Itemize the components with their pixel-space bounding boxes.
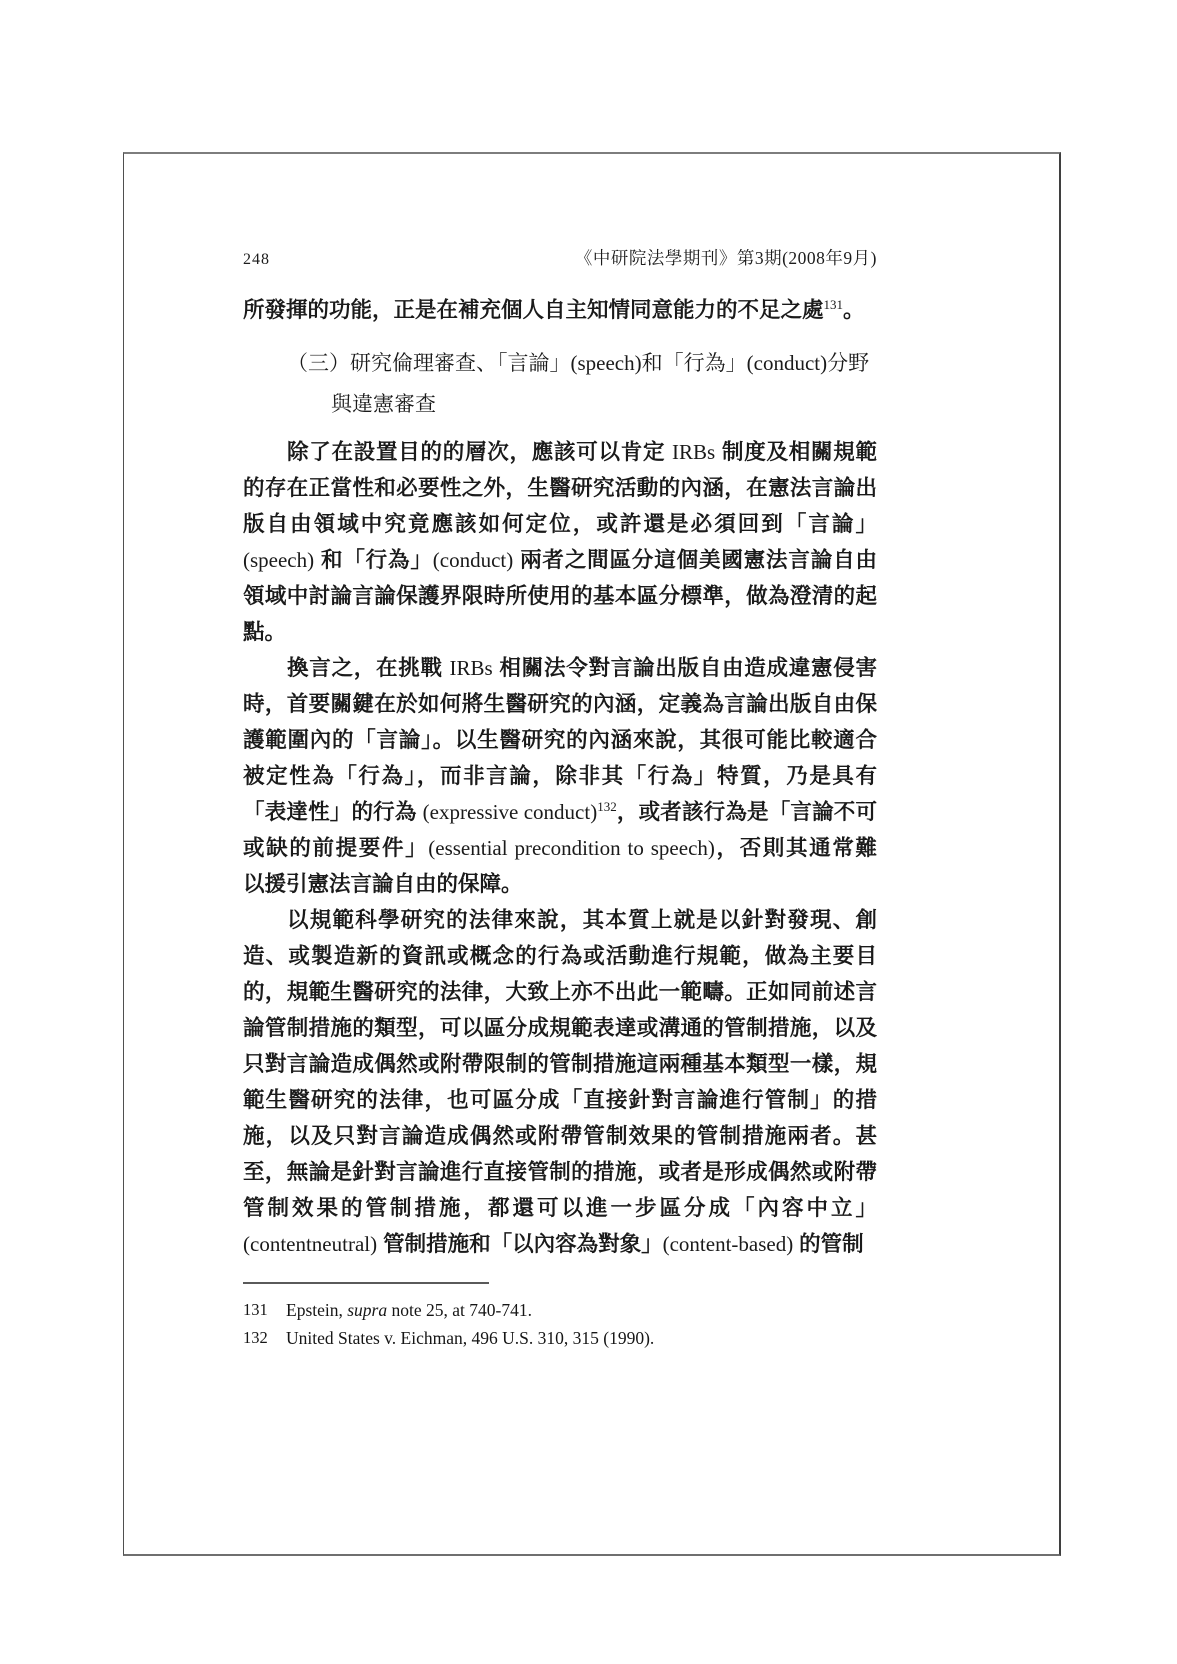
text-line: 造、或製造新的資訊或概念的行為或活動進行規範，做為主要目 — [243, 938, 877, 974]
text-segment: IRBs — [672, 440, 715, 464]
text-segment: 所發揮的功能，正是在補充個人自主知情同意能力的不足之處 — [243, 298, 824, 322]
text-segment: (conduct) — [747, 351, 827, 375]
text-segment: （三）研究倫理審查、「言論」 — [287, 351, 571, 375]
text-segment: 或缺的前提要件」 — [243, 836, 428, 860]
page-header: 248 《中研院法學期刊》第3期(2008年9月) — [243, 245, 877, 270]
journal-page: 248 《中研院法學期刊》第3期(2008年9月) 所發揮的功能，正是在補充個人… — [123, 152, 1061, 1556]
text-segment: 時，首要關鍵在於如何將生醫研究的內涵，定義為言論出版自由保 — [243, 692, 877, 716]
text-segment: IRBs — [450, 656, 493, 680]
text-segment: (conduct) — [433, 548, 513, 572]
text-line: 除了在設置目的的層次，應該可以肯定 IRBs 制度及相關規範 — [243, 434, 877, 470]
text-line: 論管制措施的類型，可以區分成規範表達或溝通的管制措施，以及 — [243, 1010, 877, 1046]
text-segment: 護範圍內的「言論」。以生醫研究的內涵來說，其很可能比較適合 — [243, 728, 877, 752]
text-segment: (essential precondition to speech) — [428, 836, 715, 860]
text-line: 以援引憲法言論自由的保障。 — [243, 866, 877, 902]
footnote-reference: 132 — [597, 799, 617, 814]
text-segment: 「表達性」的行為 — [243, 800, 423, 824]
text-segment: 版自由領域中究竟應該如何定位，或許還是必須回到「言論」 — [243, 512, 877, 536]
text-line: 換言之，在挑戰 IRBs 相關法令對言論出版自由造成違憲侵害 — [243, 650, 877, 686]
paragraph: 以規範科學研究的法律來說，其本質上就是以針對發現、創造、或製造新的資訊或概念的行… — [243, 902, 877, 1262]
text-line: 範生醫研究的法律，也可區分成「直接針對言論進行管制」的措 — [243, 1082, 877, 1118]
text-line: 管制效果的管制措施，都還可以進一步區分成「內容中立」 — [243, 1190, 877, 1226]
text-segment: 。 — [843, 298, 865, 322]
text-segment: (speech) — [243, 548, 314, 572]
text-line: 點。 — [243, 614, 877, 650]
text-segment: 分野 — [827, 351, 869, 375]
text-line: （三）研究倫理審查、「言論」(speech)和「行為」(conduct)分野 — [243, 343, 877, 384]
text-line: 版自由領域中究竟應該如何定位，或許還是必須回到「言論」 — [243, 506, 877, 542]
text-segment: 點。 — [243, 620, 286, 644]
text-line: 護範圍內的「言論」。以生醫研究的內涵來說，其很可能比較適合 — [243, 722, 877, 758]
text-segment: 和「行為」 — [642, 351, 747, 375]
page-number: 248 — [243, 251, 270, 269]
footnote-number: 131 — [243, 1296, 286, 1324]
text-segment: 施，以及只對言論造成偶然或附帶管制效果的管制措施兩者。甚 — [243, 1124, 877, 1148]
footnote-reference: 131 — [824, 297, 844, 312]
text-segment: United States v. Eichman, 496 U.S. 310, … — [286, 1328, 654, 1348]
text-segment: 至，無論是針對言論進行直接管制的措施，或者是形成偶然或附帶 — [243, 1160, 877, 1184]
text-segment: 管制效果的管制措施，都還可以進一步區分成「內容中立」 — [243, 1196, 877, 1220]
text-segment: (speech) — [571, 351, 642, 375]
text-segment: supra — [347, 1300, 387, 1320]
text-line: 時，首要關鍵在於如何將生醫研究的內涵，定義為言論出版自由保 — [243, 686, 877, 722]
text-segment: 管制措施和「以內容為對象」 — [377, 1232, 662, 1256]
text-segment: 兩者之間區分這個美國憲法言論自由 — [513, 548, 877, 572]
text-segment: 和「行為」 — [314, 548, 433, 572]
text-segment: ，否則其通常難 — [715, 836, 877, 860]
text-line: (speech) 和「行為」(conduct) 兩者之間區分這個美國憲法言論自由 — [243, 542, 877, 578]
text-segment: 制度及相關規範 — [715, 440, 877, 464]
text-line: 與違憲審查 — [243, 384, 877, 425]
paragraph: 所發揮的功能，正是在補充個人自主知情同意能力的不足之處131。 — [243, 292, 877, 328]
text-segment: ，或者該行為是「言論不可 — [617, 800, 877, 824]
text-segment: 只對言論造成偶然或附帶限制的管制措施這兩種基本類型一樣，規 — [243, 1052, 877, 1076]
text-segment: 的管制 — [793, 1232, 863, 1256]
paragraph: 換言之，在挑戰 IRBs 相關法令對言論出版自由造成違憲侵害時，首要關鍵在於如何… — [243, 650, 877, 902]
text-segment: 的存在正當性和必要性之外，生醫研究活動的內涵，在憲法言論出 — [243, 476, 877, 500]
text-line: 以規範科學研究的法律來說，其本質上就是以針對發現、創 — [243, 902, 877, 938]
text-segment: note 25, at 740-741. — [387, 1300, 532, 1320]
text-segment: (expressive conduct) — [423, 800, 598, 824]
text-segment: Epstein, — [286, 1300, 347, 1320]
footnote: 132United States v. Eichman, 496 U.S. 31… — [243, 1324, 877, 1352]
footnote-text: United States v. Eichman, 496 U.S. 310, … — [286, 1324, 654, 1352]
text-segment: 範生醫研究的法律，也可區分成「直接針對言論進行管制」的措 — [243, 1088, 877, 1112]
text-line: 被定性為「行為」，而非言論，除非其「行為」特質，乃是具有 — [243, 758, 877, 794]
footnote-text: Epstein, supra note 25, at 740-741. — [286, 1296, 532, 1324]
footnote-separator — [243, 1282, 489, 1284]
text-line: 至，無論是針對言論進行直接管制的措施，或者是形成偶然或附帶 — [243, 1154, 877, 1190]
text-segment: 換言之，在挑戰 — [287, 656, 450, 680]
text-line: 或缺的前提要件」(essential precondition to speec… — [243, 830, 877, 866]
text-segment: 被定性為「行為」，而非言論，除非其「行為」特質，乃是具有 — [243, 764, 877, 788]
text-line: 的，規範生醫研究的法律，大致上亦不出此一範疇。正如同前述言 — [243, 974, 877, 1010]
text-segment: 與違憲審查 — [331, 392, 436, 416]
text-line: 「表達性」的行為 (expressive conduct)132，或者該行為是「… — [243, 794, 877, 830]
footnote: 131Epstein, supra note 25, at 740-741. — [243, 1296, 877, 1324]
text-segment: 以援引憲法言論自由的保障。 — [243, 872, 523, 896]
text-line: 的存在正當性和必要性之外，生醫研究活動的內涵，在憲法言論出 — [243, 470, 877, 506]
text-segment: (content-based) — [663, 1232, 794, 1256]
paragraph: 除了在設置目的的層次，應該可以肯定 IRBs 制度及相關規範的存在正當性和必要性… — [243, 434, 877, 650]
journal-title: 《中研院法學期刊》第3期(2008年9月) — [575, 245, 877, 270]
screenshot-canvas: 248 《中研院法學期刊》第3期(2008年9月) 所發揮的功能，正是在補充個人… — [0, 0, 1177, 1664]
text-segment: 論管制措施的類型，可以區分成規範表達或溝通的管制措施，以及 — [243, 1016, 877, 1040]
section-heading: （三）研究倫理審查、「言論」(speech)和「行為」(conduct)分野與違… — [243, 343, 877, 425]
text-line: (contentneutral) 管制措施和「以內容為對象」(content-b… — [243, 1226, 877, 1262]
text-segment: 除了在設置目的的層次，應該可以肯定 — [287, 440, 672, 464]
text-segment: 以規範科學研究的法律來說，其本質上就是以針對發現、創 — [287, 908, 877, 932]
text-line: 領域中討論言論保護界限時所使用的基本區分標準，做為澄清的起 — [243, 578, 877, 614]
text-segment: 的，規範生醫研究的法律，大致上亦不出此一範疇。正如同前述言 — [243, 980, 877, 1004]
footnote-number: 132 — [243, 1324, 286, 1352]
text-segment: 相關法令對言論出版自由造成違憲侵害 — [493, 656, 877, 680]
body-text: 所發揮的功能，正是在補充個人自主知情同意能力的不足之處131。（三）研究倫理審查… — [243, 292, 877, 1262]
text-line: 所發揮的功能，正是在補充個人自主知情同意能力的不足之處131。 — [243, 292, 877, 328]
text-segment: (contentneutral) — [243, 1232, 377, 1256]
text-segment: 領域中討論言論保護界限時所使用的基本區分標準，做為澄清的起 — [243, 584, 877, 608]
footnotes: 131Epstein, supra note 25, at 740-741.13… — [243, 1296, 877, 1352]
text-line: 施，以及只對言論造成偶然或附帶管制效果的管制措施兩者。甚 — [243, 1118, 877, 1154]
text-line: 只對言論造成偶然或附帶限制的管制措施這兩種基本類型一樣，規 — [243, 1046, 877, 1082]
text-segment: 造、或製造新的資訊或概念的行為或活動進行規範，做為主要目 — [243, 944, 877, 968]
